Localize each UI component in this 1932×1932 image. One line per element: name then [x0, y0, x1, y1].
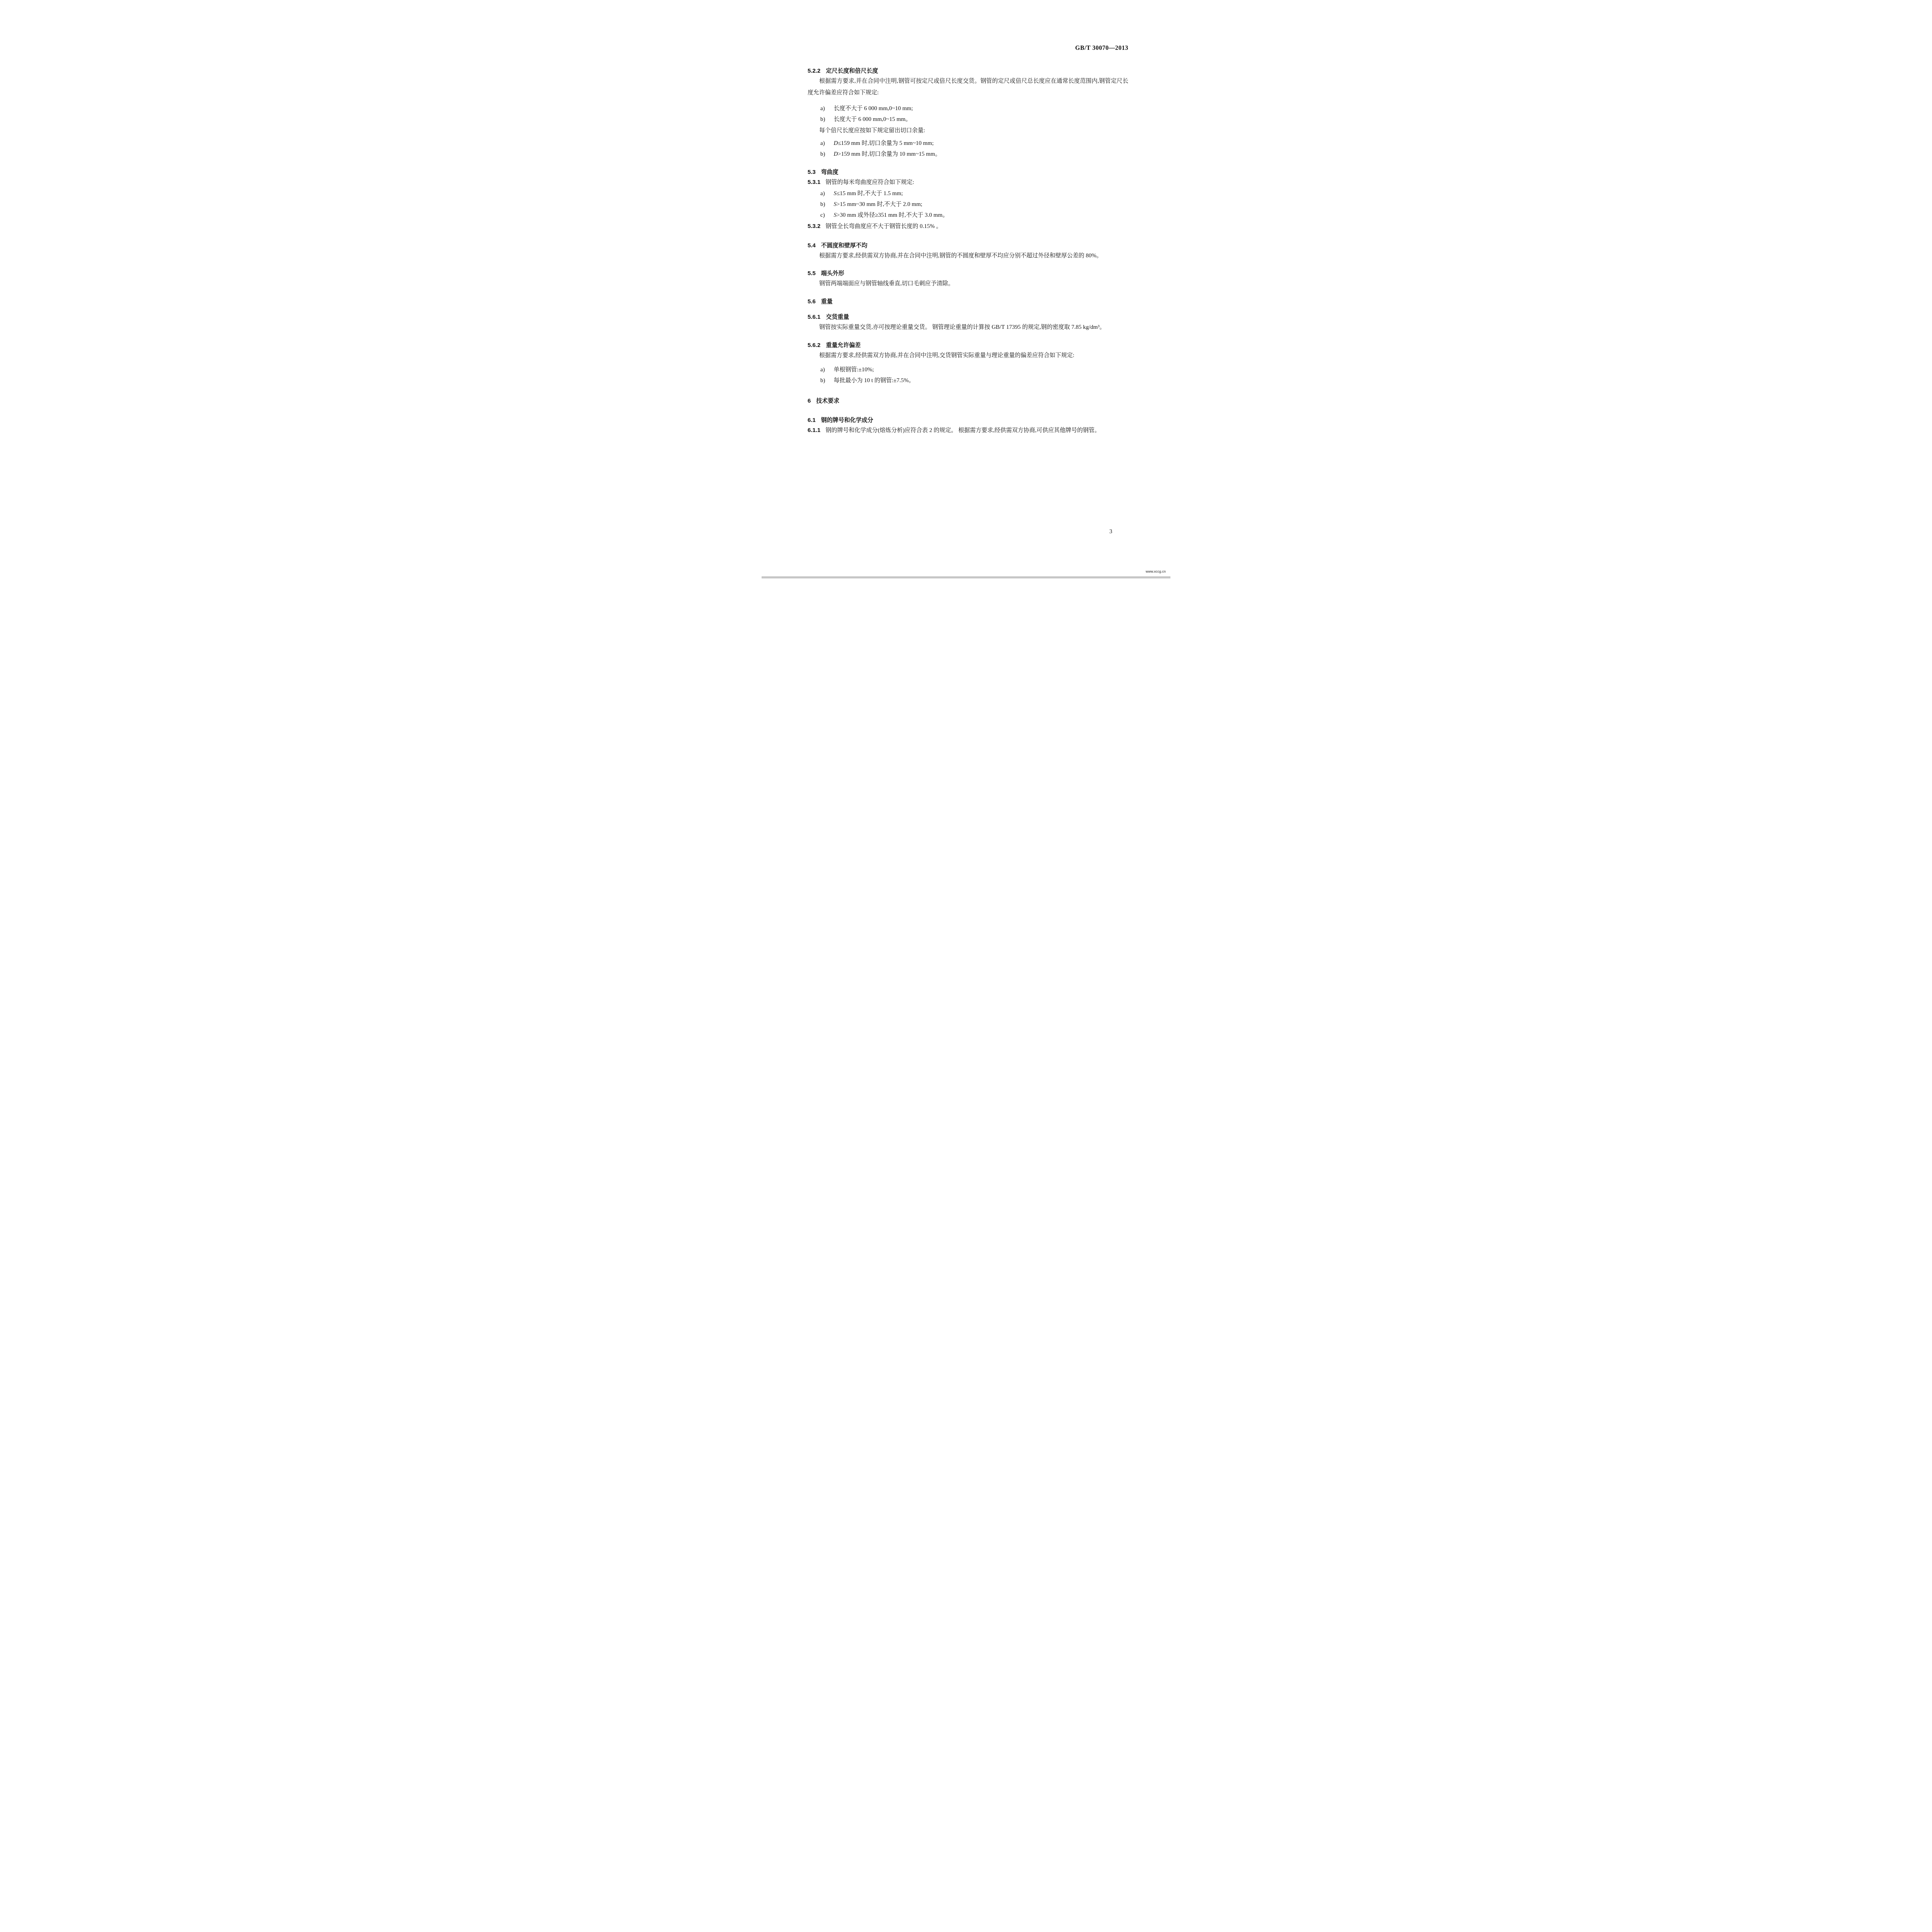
- paragraph-5-3-1: 5.3.1钢管的每米弯曲度应符合如下规定:: [808, 177, 1128, 188]
- list-item-label: a): [820, 364, 834, 375]
- paragraph-pipe-ends: 钢管两端端面应与钢管轴线垂直,切口毛刺应予清除。: [808, 278, 1128, 289]
- list-item-body: >15 mm~30 mm 时,不大于 2.0 mm;: [837, 201, 922, 207]
- list-item: b) D>159 mm 时,切口余量为 10 mm~15 mm。: [808, 149, 1128, 160]
- heading-6-1: 6.1钢的牌号和化学成分: [808, 416, 1128, 425]
- cut-allowance-list: a) D≤159 mm 时,切口余量为 5 mm~10 mm; b) D>159…: [808, 138, 1128, 160]
- heading-5-6: 5.6重量: [808, 298, 1128, 306]
- paragraph-fixed-length: 根据需方要求,并在合同中注明,钢管可按定尺或倍尺长度交货。钢管的定尺或倍尺总长度…: [808, 75, 1128, 99]
- variable-S: S: [834, 190, 837, 197]
- list-item: a) S≤15 mm 时,不大于 1.5 mm;: [808, 188, 1128, 199]
- variable-D: D: [834, 151, 838, 157]
- heading-5-3: 5.3弯曲度: [808, 168, 1128, 177]
- list-item-label: b): [820, 199, 834, 210]
- paragraph-5-3-2: 5.3.2钢管全长弯曲度应不大于钢管长度的 0.15% 。: [808, 221, 1128, 232]
- list-item: b) 每批最小为 10 t 的钢管:±7.5%。: [808, 375, 1128, 386]
- heading-5-6-1: 5.6.1交货重量: [808, 313, 1128, 321]
- watermark-url: www.xccg.cn: [1146, 570, 1166, 573]
- heading-title: 弯曲度: [821, 169, 838, 175]
- variable-S: S: [834, 212, 837, 218]
- clause-number: 5.3.1: [808, 177, 820, 188]
- list-item-text: D>159 mm 时,切口余量为 10 mm~15 mm。: [834, 149, 941, 160]
- list-item: b) S>15 mm~30 mm 时,不大于 2.0 mm;: [808, 199, 1128, 210]
- list-item-label: a): [820, 188, 834, 199]
- heading-5-5: 5.5端头外形: [808, 269, 1128, 278]
- clause-number: 5.3.2: [808, 221, 820, 232]
- clause-number: 6.1.1: [808, 425, 820, 436]
- heading-number: 6: [808, 397, 811, 405]
- list-item-text: 长度大于 6 000 mm,0~15 mm。: [834, 114, 912, 125]
- weight-tolerance-list: a) 单根钢管:±10%; b) 每批最小为 10 t 的钢管:±7.5%。: [808, 364, 1128, 386]
- heading-5-4: 5.4不圆度和壁厚不均: [808, 241, 1128, 250]
- clause-text: 钢管全长弯曲度应不大于钢管长度的 0.15% 。: [825, 223, 942, 230]
- list-item: c) S>30 mm 或外径≥351 mm 时,不大于 3.0 mm。: [808, 210, 1128, 221]
- list-item-label: b): [820, 375, 834, 386]
- list-item: a) 单根钢管:±10%;: [808, 364, 1128, 375]
- list-item-text: 长度不大于 6 000 mm,0~10 mm;: [834, 103, 913, 114]
- list-item-body: ≤159 mm 时,切口余量为 5 mm~10 mm;: [838, 140, 934, 146]
- list-item-text: S>30 mm 或外径≥351 mm 时,不大于 3.0 mm。: [834, 210, 949, 221]
- heading-number: 6.1: [808, 416, 816, 425]
- list-item-text: 单根钢管:±10%;: [834, 364, 874, 375]
- paragraph-multiple-length: 每个倍尺长度应按如下规定留出切口余量:: [808, 125, 1128, 136]
- heading-title: 交货重量: [826, 314, 849, 320]
- list-item-body: >30 mm 或外径≥351 mm 时,不大于 3.0 mm。: [837, 212, 948, 218]
- curvature-list: a) S≤15 mm 时,不大于 1.5 mm; b) S>15 mm~30 m…: [808, 188, 1128, 221]
- heading-number: 5.3: [808, 168, 816, 177]
- list-item-body: ≤15 mm 时,不大于 1.5 mm;: [837, 190, 903, 197]
- list-item-body: 单根钢管:±10%;: [834, 367, 874, 373]
- list-item: a) D≤159 mm 时,切口余量为 5 mm~10 mm;: [808, 138, 1128, 149]
- list-item-label: c): [820, 210, 834, 221]
- paragraph-weight-tolerance: 根据需方要求,经供需双方协商,并在合同中注明,交货钢管实际重量与理论重量的偏差应…: [808, 350, 1128, 361]
- list-item-text: S≤15 mm 时,不大于 1.5 mm;: [834, 188, 903, 199]
- heading-5-6-2: 5.6.2重量允许偏差: [808, 341, 1128, 350]
- list-item-text: D≤159 mm 时,切口余量为 5 mm~10 mm;: [834, 138, 934, 149]
- list-item-label: b): [820, 114, 834, 125]
- list-item-label: a): [820, 103, 834, 114]
- heading-title: 端头外形: [821, 270, 844, 277]
- heading-title: 不圆度和壁厚不均: [821, 242, 867, 249]
- heading-number: 5.6.2: [808, 341, 820, 350]
- scan-edge-bar: [762, 576, 1170, 578]
- variable-S: S: [834, 201, 837, 207]
- heading-number: 5.6: [808, 298, 816, 306]
- heading-title: 重量允许偏差: [826, 342, 861, 349]
- heading-number: 5.2.2: [808, 67, 820, 75]
- heading-6: 6技术要求: [808, 397, 1128, 405]
- list-item: a) 长度不大于 6 000 mm,0~10 mm;: [808, 103, 1128, 114]
- clause-text: 钢管的每米弯曲度应符合如下规定:: [825, 179, 914, 185]
- heading-number: 5.5: [808, 269, 816, 278]
- list-item-text: 每批最小为 10 t 的钢管:±7.5%。: [834, 375, 915, 386]
- list-item: b) 长度大于 6 000 mm,0~15 mm。: [808, 114, 1128, 125]
- heading-title: 重量: [821, 298, 833, 305]
- list-item-body: 长度大于 6 000 mm,0~15 mm。: [834, 116, 912, 122]
- document-page: GB/T 30070—2013 5.2.2定尺长度和倍尺长度 根据需方要求,并在…: [762, 0, 1170, 578]
- list-item-body: 每批最小为 10 t 的钢管:±7.5%。: [834, 378, 915, 384]
- heading-title: 定尺长度和倍尺长度: [826, 68, 878, 74]
- list-item-text: S>15 mm~30 mm 时,不大于 2.0 mm;: [834, 199, 923, 210]
- standard-number-header: GB/T 30070—2013: [808, 44, 1128, 52]
- list-item-body: >159 mm 时,切口余量为 10 mm~15 mm。: [838, 151, 941, 157]
- paragraph-6-1-1: 6.1.1钢的牌号和化学成分(熔炼分析)应符合表 2 的规定。 根据需方要求,经…: [808, 425, 1128, 436]
- paragraph-delivery-weight: 钢管按实际重量交货,亦可按理论重量交货。 钢管理论重量的计算按 GB/T 173…: [808, 321, 1128, 333]
- fixed-length-list: a) 长度不大于 6 000 mm,0~10 mm; b) 长度大于 6 000…: [808, 103, 1128, 125]
- clause-text: 钢的牌号和化学成分(熔炼分析)应符合表 2 的规定。 根据需方要求,经供需双方协…: [825, 427, 1100, 434]
- heading-5-2-2: 5.2.2定尺长度和倍尺长度: [808, 67, 1128, 75]
- heading-title: 技术要求: [816, 398, 839, 404]
- list-item-label: b): [820, 149, 834, 160]
- heading-number: 5.6.1: [808, 313, 820, 321]
- variable-D: D: [834, 140, 838, 146]
- list-item-body: 长度不大于 6 000 mm,0~10 mm;: [834, 105, 913, 112]
- list-item-label: a): [820, 138, 834, 149]
- paragraph-ovality: 根据需方要求,经供需双方协商,并在合同中注明,钢管的不圆度和壁厚不均应分别不超过…: [808, 250, 1128, 262]
- heading-title: 钢的牌号和化学成分: [821, 417, 873, 423]
- page-number: 3: [1109, 528, 1112, 536]
- heading-number: 5.4: [808, 241, 816, 250]
